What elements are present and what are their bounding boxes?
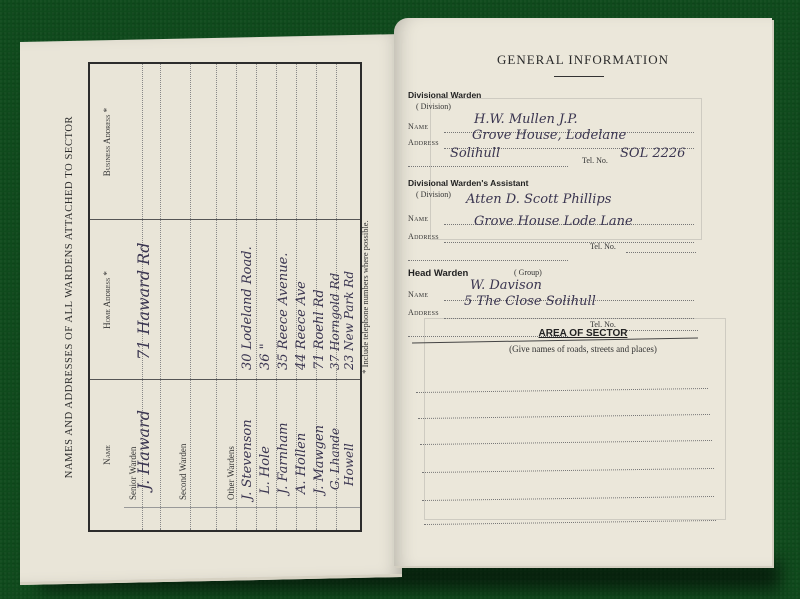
dotted-row: [160, 64, 161, 530]
column-divider: [90, 219, 360, 220]
entry-name: A. Hollen: [294, 433, 309, 494]
wardens-table-title: NAMES AND ADDRESSES OF ALL WARDENS ATTAC…: [64, 62, 86, 532]
row-label-other-wardens: Other Wardens: [226, 446, 236, 500]
divisional-warden-name: H.W. Mullen J.P.: [474, 112, 578, 127]
dotted-row: [236, 64, 237, 530]
address-label: Address: [408, 308, 439, 317]
name-label: Name: [408, 122, 428, 131]
address-label: Address: [408, 138, 439, 147]
entry-home-address: 30 Lodeland Road.: [240, 246, 255, 370]
entry-home-address: 36 ": [258, 343, 273, 370]
address-line: [408, 260, 568, 261]
head-warden-address: 5 The Close Solihull: [464, 294, 596, 309]
divisional-warden-address-2: Solihull: [450, 146, 500, 161]
divisional-warden-assistant-address: Grove House Lode Lane: [474, 214, 633, 229]
entry-home-address: 71 Roehl Rd: [312, 289, 327, 370]
division-label: ( Division): [416, 102, 451, 111]
dotted-row: [190, 64, 191, 530]
row-label-second-warden: Second Warden: [178, 444, 188, 500]
divisional-warden-address-1: Grove House, Lodelane: [472, 128, 626, 143]
divisional-warden-assistant-name: Atten D. Scott Phillips: [466, 192, 611, 207]
divisional-warden-tel: SOL 2226: [620, 146, 685, 161]
area-of-sector-title: AREA OF SECTOR: [394, 328, 772, 339]
area-of-sector-subtitle: (Give names of roads, streets and places…: [394, 344, 772, 354]
divisional-warden-label: Divisional Warden: [408, 90, 481, 100]
address-line: [408, 166, 568, 167]
column-header-home-address: Home Address *: [90, 220, 124, 380]
dotted-row: [256, 64, 257, 530]
area-line[interactable]: [424, 520, 716, 525]
divisional-warden-assistant-label: Divisional Warden's Assistant: [408, 178, 528, 188]
wardens-table: Name Home Address * Business Address * S…: [88, 62, 362, 532]
dotted-row: [216, 64, 217, 530]
column-header-business-address: Business Address *: [90, 64, 124, 220]
name-label: Name: [408, 214, 428, 223]
entry-home-address: 37 Horngold Rd: [328, 273, 342, 370]
column-divider: [90, 379, 360, 380]
entry-home-address: 71 Haward Rd: [134, 243, 153, 360]
group-label: ( Group): [514, 268, 542, 277]
tel-label: Tel. No.: [590, 242, 616, 251]
tel-line: [626, 252, 696, 253]
entry-name: L. Hole: [258, 446, 273, 494]
entry-name: Howell: [342, 443, 356, 486]
name-label: Name: [408, 290, 428, 299]
entry-name: J. Farnham: [276, 423, 291, 494]
wardens-table-region: NAMES AND ADDRESSES OF ALL WARDENS ATTAC…: [64, 62, 364, 532]
division-label: ( Division): [416, 190, 451, 199]
general-information-title: GENERAL INFORMATION: [394, 52, 772, 68]
entry-name: G. Lhande: [328, 428, 342, 490]
entry-home-address: 44 Reece Ave: [294, 281, 309, 370]
entry-name: J. Stevenson: [240, 419, 255, 500]
title-rule: [554, 76, 604, 77]
entry-home-address: 35 Reece Avenue.: [276, 253, 291, 370]
entry-name: J. Haward: [134, 410, 153, 490]
telephone-footnote: * Include telephone numbers where possib…: [360, 62, 370, 532]
address-label: Address: [408, 232, 439, 241]
entry-home-address: 23 New Park Rd: [342, 271, 356, 370]
tel-label: Tel. No.: [582, 156, 608, 165]
entry-name: J. Mawgen: [312, 425, 327, 494]
head-warden-label: Head Warden: [408, 268, 468, 279]
head-warden-name: W. Davison: [470, 278, 542, 293]
column-header-name: Name: [90, 380, 124, 530]
address-line: [444, 242, 694, 243]
right-page: GENERAL INFORMATION Divisional Warden ( …: [394, 18, 772, 566]
address-line: [444, 318, 694, 319]
